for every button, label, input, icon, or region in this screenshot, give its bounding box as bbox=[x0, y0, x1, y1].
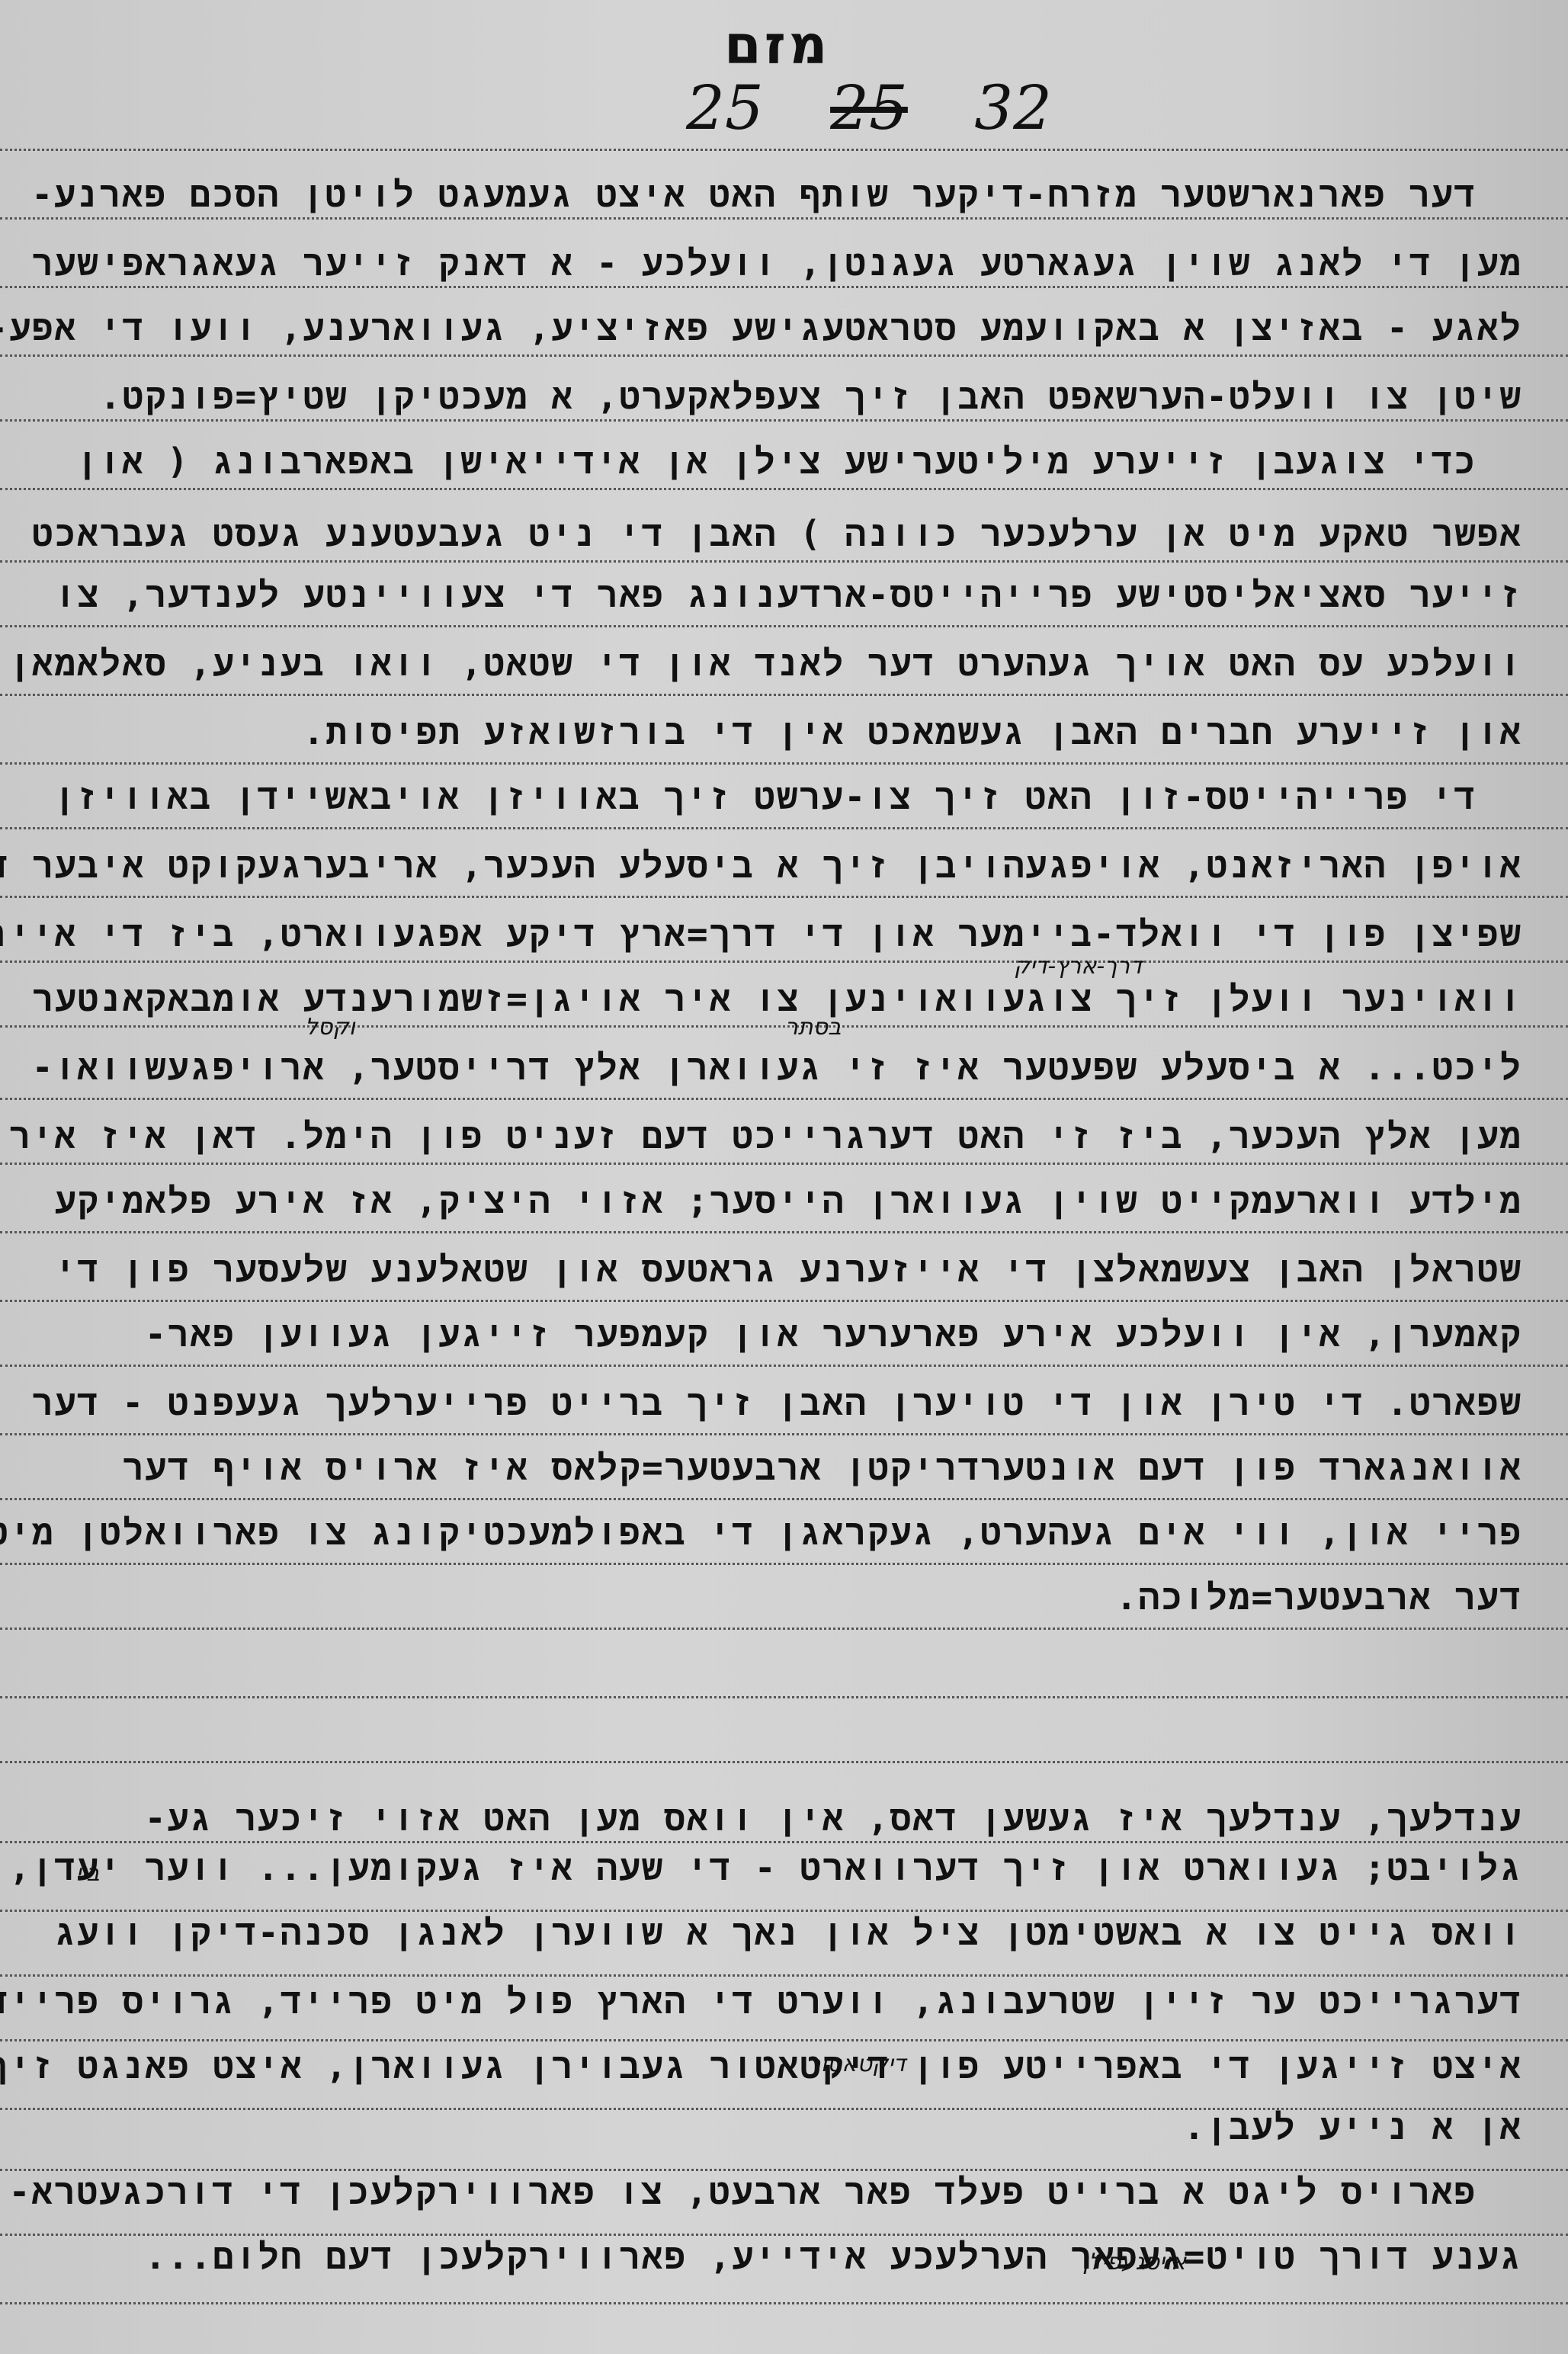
ruled-line bbox=[0, 1231, 1568, 1233]
ruled-line bbox=[0, 1098, 1568, 1100]
text-line: מילדע ווארעמקייט שוין געווארן הייסער; אז… bbox=[46, 1178, 1522, 1224]
ruled-line bbox=[0, 2234, 1568, 2236]
text-line: די פרייהייטס-זון האט זיך צו-ערשט זיך באו… bbox=[46, 774, 1477, 819]
handwritten-correction: אויסגעפילן bbox=[1082, 2249, 1186, 2275]
ruled-line bbox=[0, 1365, 1568, 1367]
ruled-line bbox=[0, 762, 1568, 765]
text-line: דער ארבעטער=מלוכה. bbox=[46, 1574, 1522, 1620]
text-line: ענדלעך, ענדלעך איז געשען דאס, אין וואס מ… bbox=[46, 1795, 1522, 1841]
ruled-line bbox=[0, 625, 1568, 627]
text-line: פארויס ליגט א ברייט פעלד פאר ארבעט, צו פ… bbox=[46, 2169, 1477, 2214]
ruled-line bbox=[0, 961, 1568, 963]
text-line: ליכט... א ביסעלע שפעטער איז זי געווארן א… bbox=[46, 1044, 1522, 1090]
text-line: כדי צוגעבן זייערע מיליטערישע צילן אן איד… bbox=[46, 438, 1477, 484]
ruled-line bbox=[0, 2108, 1568, 2110]
page-number-struck: 25 bbox=[830, 72, 908, 143]
ruled-line bbox=[0, 1163, 1568, 1165]
text-line: וואס גייט צו א באשטימטן ציל און נאך א שו… bbox=[46, 1910, 1522, 1955]
ruled-line bbox=[0, 694, 1568, 696]
handwritten-correction: ביי bbox=[76, 1860, 100, 1887]
text-line: אויפן האריזאנט, אויפגעהויבן זיך א ביסעלע… bbox=[46, 842, 1522, 888]
text-line: זייער סאציאליסטישע פרייהייטס-ארדענונג פא… bbox=[46, 572, 1522, 617]
text-line: שטראלן האבן צעשמאלצן די אייזערנע גראטעס … bbox=[46, 1246, 1522, 1292]
handwritten-correction: דרך-ארץ-דיק bbox=[1014, 953, 1143, 980]
ruled-line bbox=[0, 827, 1568, 829]
page-numbers: 25 25 32 bbox=[686, 72, 1052, 143]
text-line: וואוינער וועלן זיך צוגעוואוינען צו איר א… bbox=[46, 976, 1522, 1021]
text-line: אוואנגארד פון דעם אונטערדריקטן ארבעטער=ק… bbox=[46, 1445, 1522, 1490]
text-line: גענע דורך טויט=געפאר הערלעכע אידייע, פאר… bbox=[46, 2234, 1522, 2279]
text-line: מען די לאנג שוין געגארטע געגנטן, וועלכע … bbox=[46, 240, 1522, 286]
ruled-line bbox=[0, 1563, 1568, 1565]
ruled-line bbox=[0, 286, 1568, 288]
text-line: דער פארנארשטער מזרח-דיקער שותף האט איצט … bbox=[46, 172, 1477, 217]
handwritten-correction: וקסל bbox=[305, 1014, 355, 1041]
handwritten-correction: דיקטאטור bbox=[808, 2051, 906, 2077]
ruled-line bbox=[0, 1696, 1568, 1698]
text-line: מען אלץ העכער, ביז זי האט דערגרייכט דעם … bbox=[46, 1113, 1522, 1159]
ruled-line bbox=[0, 2039, 1568, 2041]
ruled-line bbox=[0, 1025, 1568, 1028]
ruled-line bbox=[0, 1761, 1568, 1763]
text-line: דערגרייכט ער זיין שטרעבונג, ווערט די האר… bbox=[46, 1978, 1522, 2024]
archive-mark: מזם bbox=[724, 14, 830, 76]
text-line: שפארט. די טירן און די טויערן האבן זיך בר… bbox=[46, 1380, 1522, 1426]
text-line: קאמערן, אין וועלכע אירע פארערער און קעמפ… bbox=[46, 1311, 1522, 1357]
text-line: אפשר טאקע מיט אן ערלעכער כוונה ) האבן די… bbox=[46, 511, 1522, 556]
ruled-line bbox=[0, 1974, 1568, 1977]
ruled-line bbox=[0, 1433, 1568, 1435]
ruled-line bbox=[0, 1841, 1568, 1843]
ruled-line bbox=[0, 1498, 1568, 1500]
page-header: מזם 25 25 32 bbox=[0, 0, 1568, 152]
text-line: אן א נייע לעבן. bbox=[46, 2104, 1522, 2150]
ruled-line bbox=[0, 2169, 1568, 2171]
text-line: וועלכע עס האט אויך געהערט דער לאנד און ד… bbox=[46, 640, 1522, 686]
text-line: לאגע - באזיצן א באקוועמע סטראטעגישע פאזי… bbox=[46, 305, 1522, 351]
ruled-line bbox=[0, 419, 1568, 422]
ruled-line bbox=[0, 1910, 1568, 1912]
page-number: 32 bbox=[974, 72, 1052, 143]
ruled-line bbox=[0, 488, 1568, 490]
ruled-line bbox=[0, 354, 1568, 357]
document-page: מזם 25 25 32 דער פארנארשטער מזרח-דיקער ש… bbox=[0, 0, 1568, 2354]
text-line: פריי און, ווי אים געהערט, געקראגן די באפ… bbox=[46, 1509, 1522, 1555]
handwritten-correction: בסתר bbox=[785, 1014, 841, 1041]
text-line: שיטן צו וועלט-הערשאפט האבן זיך צעפלאקערט… bbox=[46, 374, 1522, 419]
text-line: גלויבט; געווארט און זיך דערווארט - די שע… bbox=[46, 1845, 1522, 1891]
ruled-line bbox=[0, 896, 1568, 898]
text-line: און זייערע חברים האבן געשמאכט אין די בור… bbox=[46, 709, 1522, 755]
ruled-line bbox=[0, 149, 1568, 151]
page-number: 25 bbox=[686, 72, 764, 143]
text-line: איצט זייגען די באפרייטע פון דיקטאטור געב… bbox=[46, 2043, 1522, 2089]
ruled-line bbox=[0, 1300, 1568, 1302]
text-line: שפיצן פון די וואלד-ביימער און די דרך=ארץ… bbox=[46, 911, 1522, 957]
ruled-line bbox=[0, 2302, 1568, 2304]
ruled-line bbox=[0, 1628, 1568, 1630]
ruled-line bbox=[0, 560, 1568, 563]
ruled-line bbox=[0, 217, 1568, 220]
